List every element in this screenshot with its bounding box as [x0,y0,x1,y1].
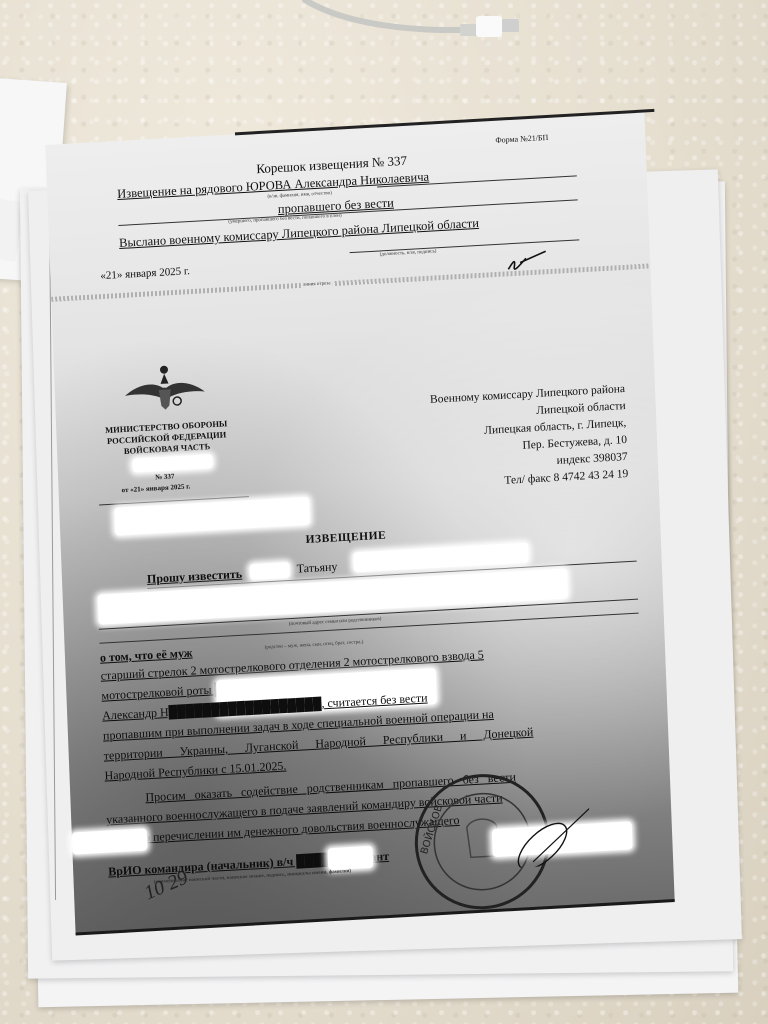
lightning-cable [0,0,768,60]
notice-document: Форма №21/БП Корешок извещения № 337 Изв… [45,111,674,934]
redaction-surname [250,562,291,580]
stub-signature [500,247,551,276]
redaction-unit-number-2 [72,828,148,854]
commander-signature [501,804,593,869]
recipient-first-name: Татьяну [296,559,337,576]
redaction-unit-number-3 [327,846,373,870]
svg-text:ВОЙСКОВ: ВОЙСКОВ [417,803,445,856]
eagle-emblem-icon [114,361,216,417]
addressee-block: Военному комиссару Липецкого района Липе… [385,381,629,496]
outgoing-number: № 337 [155,472,175,481]
